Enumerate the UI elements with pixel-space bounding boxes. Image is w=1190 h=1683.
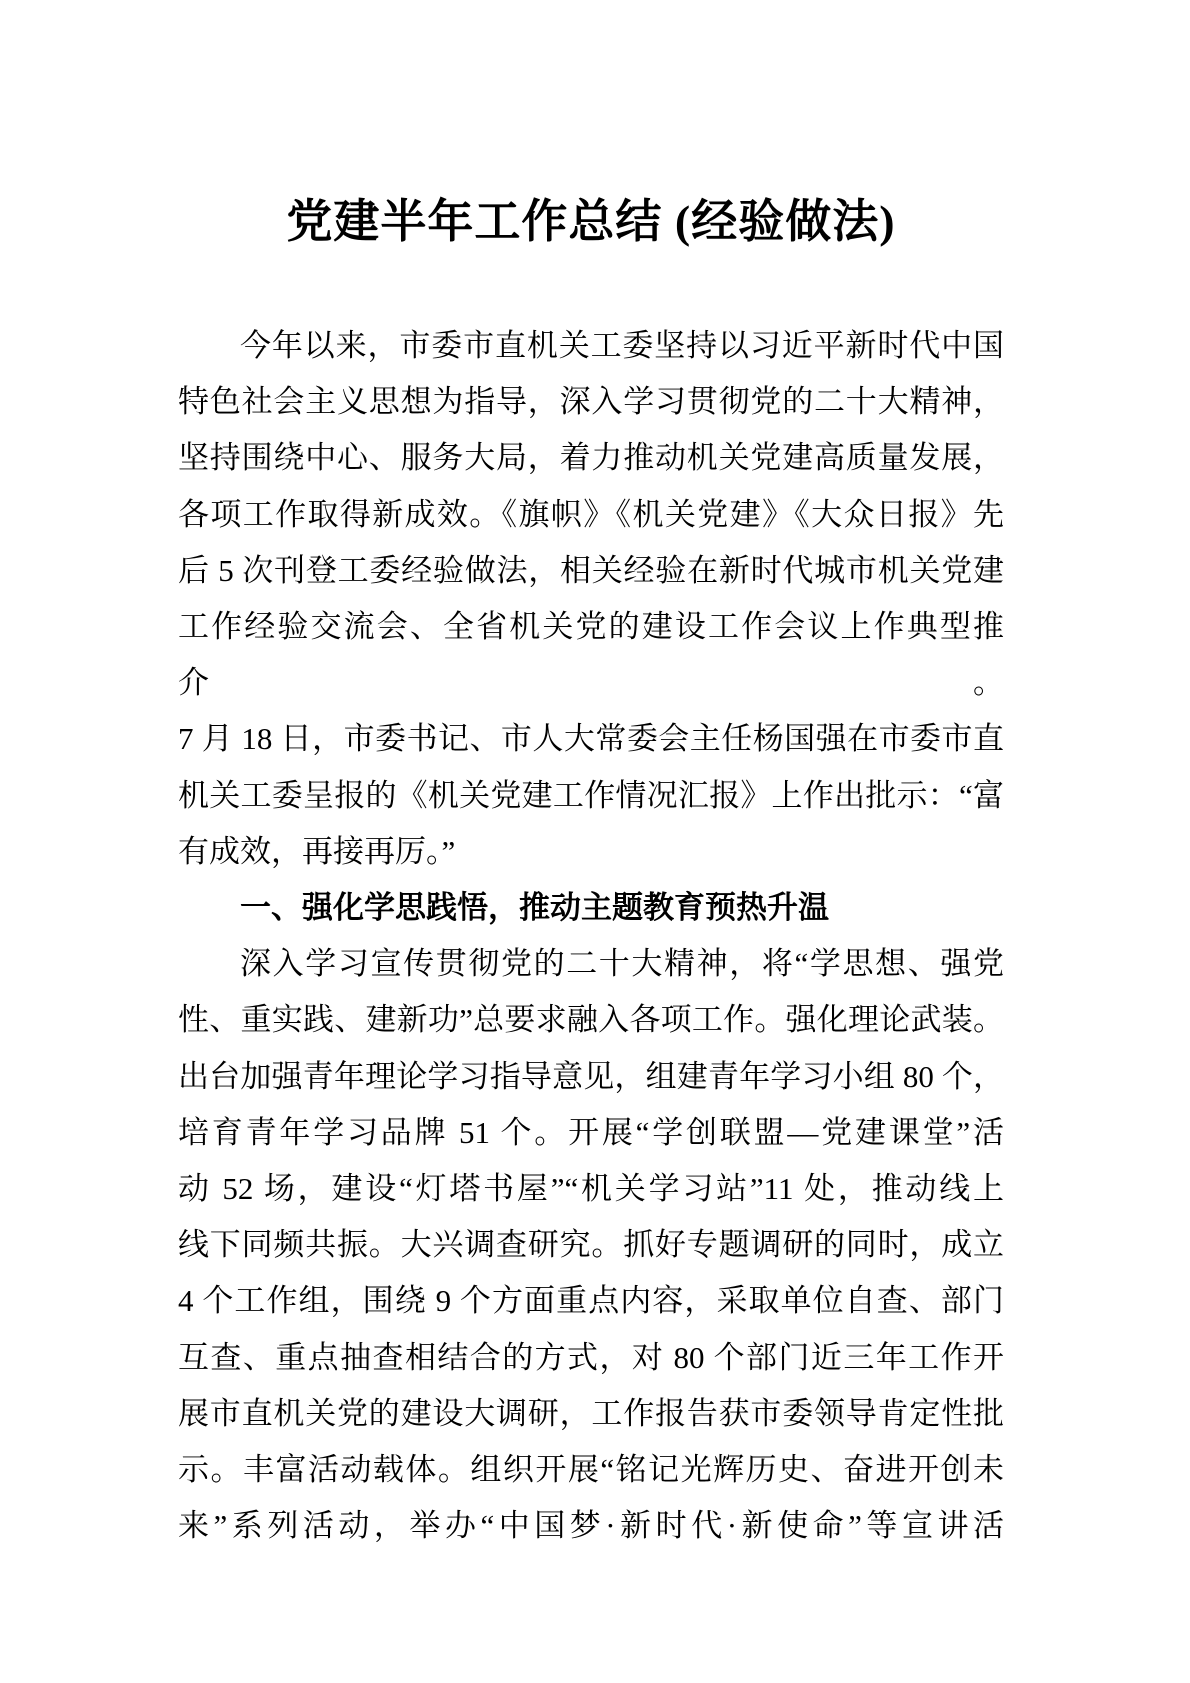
- paragraph-line: 出台加强青年理论学习指导意见，组建青年学习小组 80 个，: [178, 1049, 1004, 1105]
- paragraph-line: 特色社会主义思想为指导，深入学习贯彻党的二十大精神，: [178, 374, 1004, 430]
- document-content: 党建半年工作总结 (经验做法) 今年以来，市委市直机关工委坚持以习近平新时代中国…: [178, 0, 1004, 1554]
- paragraph-line: 今年以来，市委市直机关工委坚持以习近平新时代中国: [178, 318, 1004, 374]
- paragraph-line: 有成效，再接再厉。”: [178, 824, 1004, 880]
- paragraph-line: 互查、重点抽查相结合的方式，对 80 个部门近三年工作开: [178, 1330, 1004, 1386]
- paragraph-line: 机关工委呈报的《机关党建工作情况汇报》上作出批示：“富: [178, 768, 1004, 824]
- paragraph-line: 性、重实践、建新功”总要求融入各项工作。强化理论武装。: [178, 992, 1004, 1048]
- paragraph-line: 4 个工作组，围绕 9 个方面重点内容，采取单位自查、部门: [178, 1273, 1004, 1329]
- section-heading: 一、强化学思践悟，推动主题教育预热升温: [178, 880, 1004, 936]
- paragraph-line: 示。丰富活动载体。组织开展“铭记光辉历史、奋进开创未: [178, 1442, 1004, 1498]
- paragraph-line: 深入学习宣传贯彻党的二十大精神，将“学思想、强党: [178, 936, 1004, 992]
- document-title: 党建半年工作总结 (经验做法): [178, 190, 1004, 254]
- document-viewer: { "document": { "title": "党建半年工作总结 (经验做法…: [0, 0, 1190, 1683]
- paragraph-line: 工作经验交流会、全省机关党的建设工作会议上作典型推介。: [178, 599, 1004, 711]
- paragraph-line: 后 5 次刊登工委经验做法，相关经验在新时代城市机关党建: [178, 543, 1004, 599]
- paragraph-line: 各项工作取得新成效。《旗帜》《机关党建》《大众日报》先: [178, 487, 1004, 543]
- paragraph-line: 展市直机关党的建设大调研，工作报告获市委领导肯定性批: [178, 1386, 1004, 1442]
- paragraph-line: 坚持围绕中心、服务大局，着力推动机关党建高质量发展，: [178, 430, 1004, 486]
- document-body: 今年以来，市委市直机关工委坚持以习近平新时代中国特色社会主义思想为指导，深入学习…: [178, 318, 1004, 1554]
- paragraph-line: 来”系列活动，举办“中国梦·新时代·新使命”等宣讲活: [178, 1498, 1004, 1554]
- paragraph-line: 动 52 场，建设“灯塔书屋”“机关学习站”11 处，推动线上: [178, 1161, 1004, 1217]
- paragraph-line: 培育青年学习品牌 51 个。开展“学创联盟—党建课堂”活: [178, 1105, 1004, 1161]
- document-page: 党建半年工作总结 (经验做法) 今年以来，市委市直机关工委坚持以习近平新时代中国…: [0, 0, 1190, 1683]
- paragraph-line: 线下同频共振。大兴调查研究。抓好专题调研的同时，成立: [178, 1217, 1004, 1273]
- paragraph-line: 7 月 18 日，市委书记、市人大常委会主任杨国强在市委市直: [178, 711, 1004, 767]
